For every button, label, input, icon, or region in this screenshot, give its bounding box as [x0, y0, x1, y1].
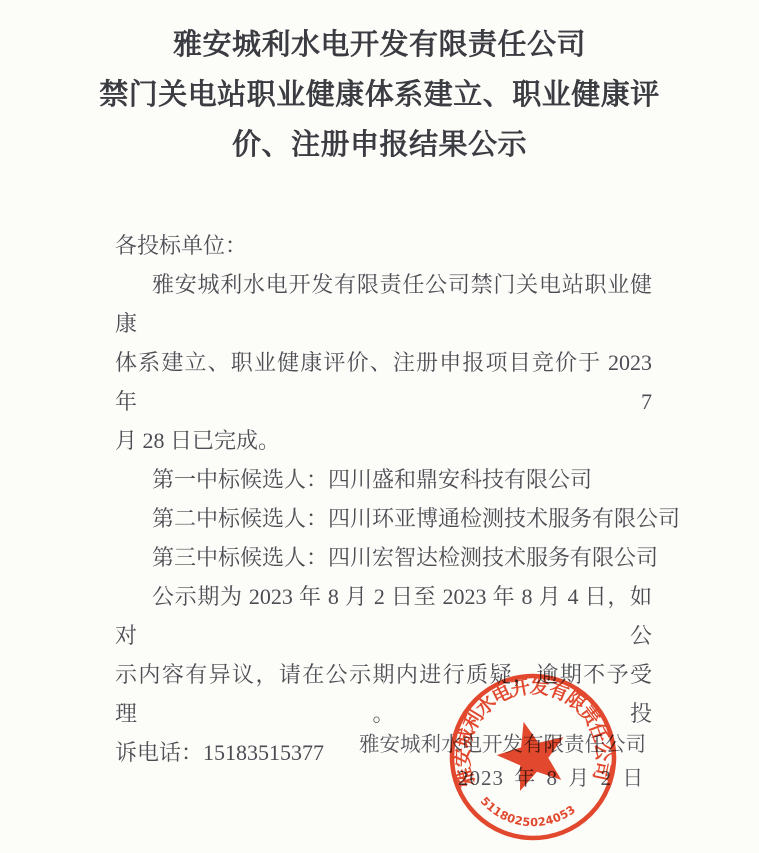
paragraph-line: 体系建立、职业健康评价、注册申报项目竞价于 2023 年 7 — [115, 343, 652, 421]
title-line-2: 禁门关电站职业健康体系建立、职业健康评 — [40, 70, 719, 120]
paragraph-line: 月 28 日已完成。 — [115, 421, 652, 460]
candidate-second: 第二中标候选人：四川环亚博通检测技术服务有限公司 — [115, 499, 652, 538]
title-line-1: 雅安城利水电开发有限责任公司 — [40, 20, 719, 70]
paragraph-line: 雅安城利水电开发有限责任公司禁门关电站职业健康 — [115, 265, 652, 343]
document-title: 雅安城利水电开发有限责任公司 禁门关电站职业健康体系建立、职业健康评 价、注册申… — [40, 20, 719, 170]
candidate-third: 第三中标候选人：四川宏智达检测技术服务有限公司 — [115, 538, 652, 577]
salutation: 各投标单位： — [115, 226, 652, 265]
title-line-3: 价、注册申报结果公示 — [40, 120, 719, 170]
seal-number: 5118025024053 — [478, 794, 579, 829]
paragraph-completion: 雅安城利水电开发有限责任公司禁门关电站职业健康 体系建立、职业健康评价、注册申报… — [115, 265, 652, 460]
announcement-document: 雅安城利水电开发有限责任公司 禁门关电站职业健康体系建立、职业健康评 价、注册申… — [0, 0, 759, 853]
company-seal: 雅安城利水电开发有限责任公司 5118025024053 — [442, 666, 624, 848]
candidate-first: 第一中标候选人：四川盛和鼎安科技有限公司 — [115, 460, 652, 499]
paragraph-line: 公示期为 2023 年 8 月 2 日至 2023 年 8 月 4 日，如对公 — [115, 577, 652, 655]
star-icon — [497, 722, 564, 791]
candidate-list: 第一中标候选人：四川盛和鼎安科技有限公司 第二中标候选人：四川环亚博通检测技术服… — [115, 460, 652, 577]
svg-text:5118025024053: 5118025024053 — [478, 794, 579, 829]
